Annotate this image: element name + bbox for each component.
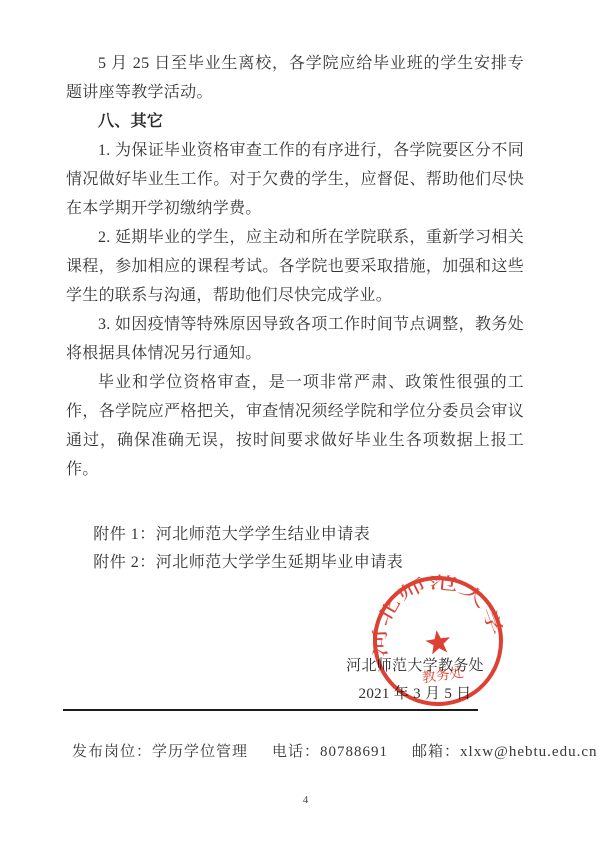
paragraph-closing: 毕业和学位资格审查，是一项非常严肃、政策性很强的工作，各学院应严格把关，审查情况… (66, 368, 524, 484)
paragraph-item-2: 2. 延期毕业的学生，应主动和所在学院联系，重新学习相关课程，参加相应的课程考试… (66, 223, 524, 310)
paragraph-item-3: 3. 如因疫情等特殊原因导致各项工作时间节点调整，教务处将根据具体情况另行通知。 (66, 310, 524, 368)
seal-label: 教务处 (421, 664, 465, 687)
page-number: 4 (0, 794, 611, 806)
footer-phone: 电话：80788691 (272, 742, 388, 762)
attachment-1: 附件 1：河北师范大学学生结业申请表 (66, 521, 524, 549)
footer-divider-line (63, 709, 478, 711)
star-icon (424, 628, 452, 655)
section-heading-other: 八、其它 (66, 107, 524, 136)
official-seal: 河北师范大学 教务处 (353, 556, 522, 725)
footer-email: 邮箱：xlxw@hebtu.edu.cn (412, 742, 597, 762)
footer-info: 发布岗位：学历学位管理 电话：80788691 邮箱：xlxw@hebtu.ed… (72, 742, 598, 762)
document-page: 5 月 25 日至毕业生离校，各学院应给毕业班的学生安排专题讲座等教学活动。 八… (0, 0, 611, 853)
footer-publish-unit: 发布岗位：学历学位管理 (72, 742, 248, 762)
document-body: 5 月 25 日至毕业生离校，各学院应给毕业班的学生安排专题讲座等教学活动。 八… (66, 49, 524, 577)
paragraph-item-1: 1. 为保证毕业资格审查工作的有序进行，各学院要区分不同情况做好毕业生工作。对于… (66, 136, 524, 223)
paragraph-schedule: 5 月 25 日至毕业生离校，各学院应给毕业班的学生安排专题讲座等教学活动。 (66, 49, 524, 107)
